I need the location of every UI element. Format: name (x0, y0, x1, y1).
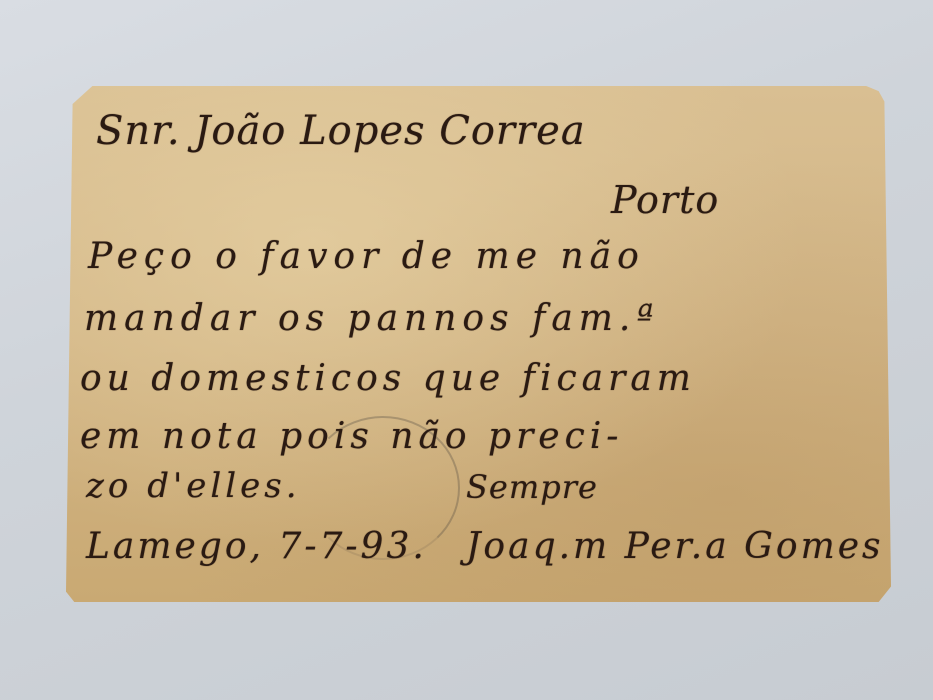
message-line-4: em nota pois não preci- (80, 416, 623, 457)
place-date: Lamego, 7-7-93. (86, 526, 427, 567)
message-line-1: Peço o favor de me não (88, 236, 645, 277)
recipient-city: Porto (611, 178, 719, 222)
postcard: Snr. João Lopes Correa Porto Peço o favo… (66, 86, 891, 602)
message-line-2: mandar os pannos fam.ª (84, 298, 659, 339)
closing: Sempre (466, 468, 598, 506)
message-line-5: zo d'elles. (86, 466, 301, 506)
recipient-name: Snr. João Lopes Correa (96, 108, 586, 154)
signature: Joaq.m Per.a Gomes (466, 526, 884, 567)
message-line-3: ou domesticos que ficaram (80, 358, 696, 399)
